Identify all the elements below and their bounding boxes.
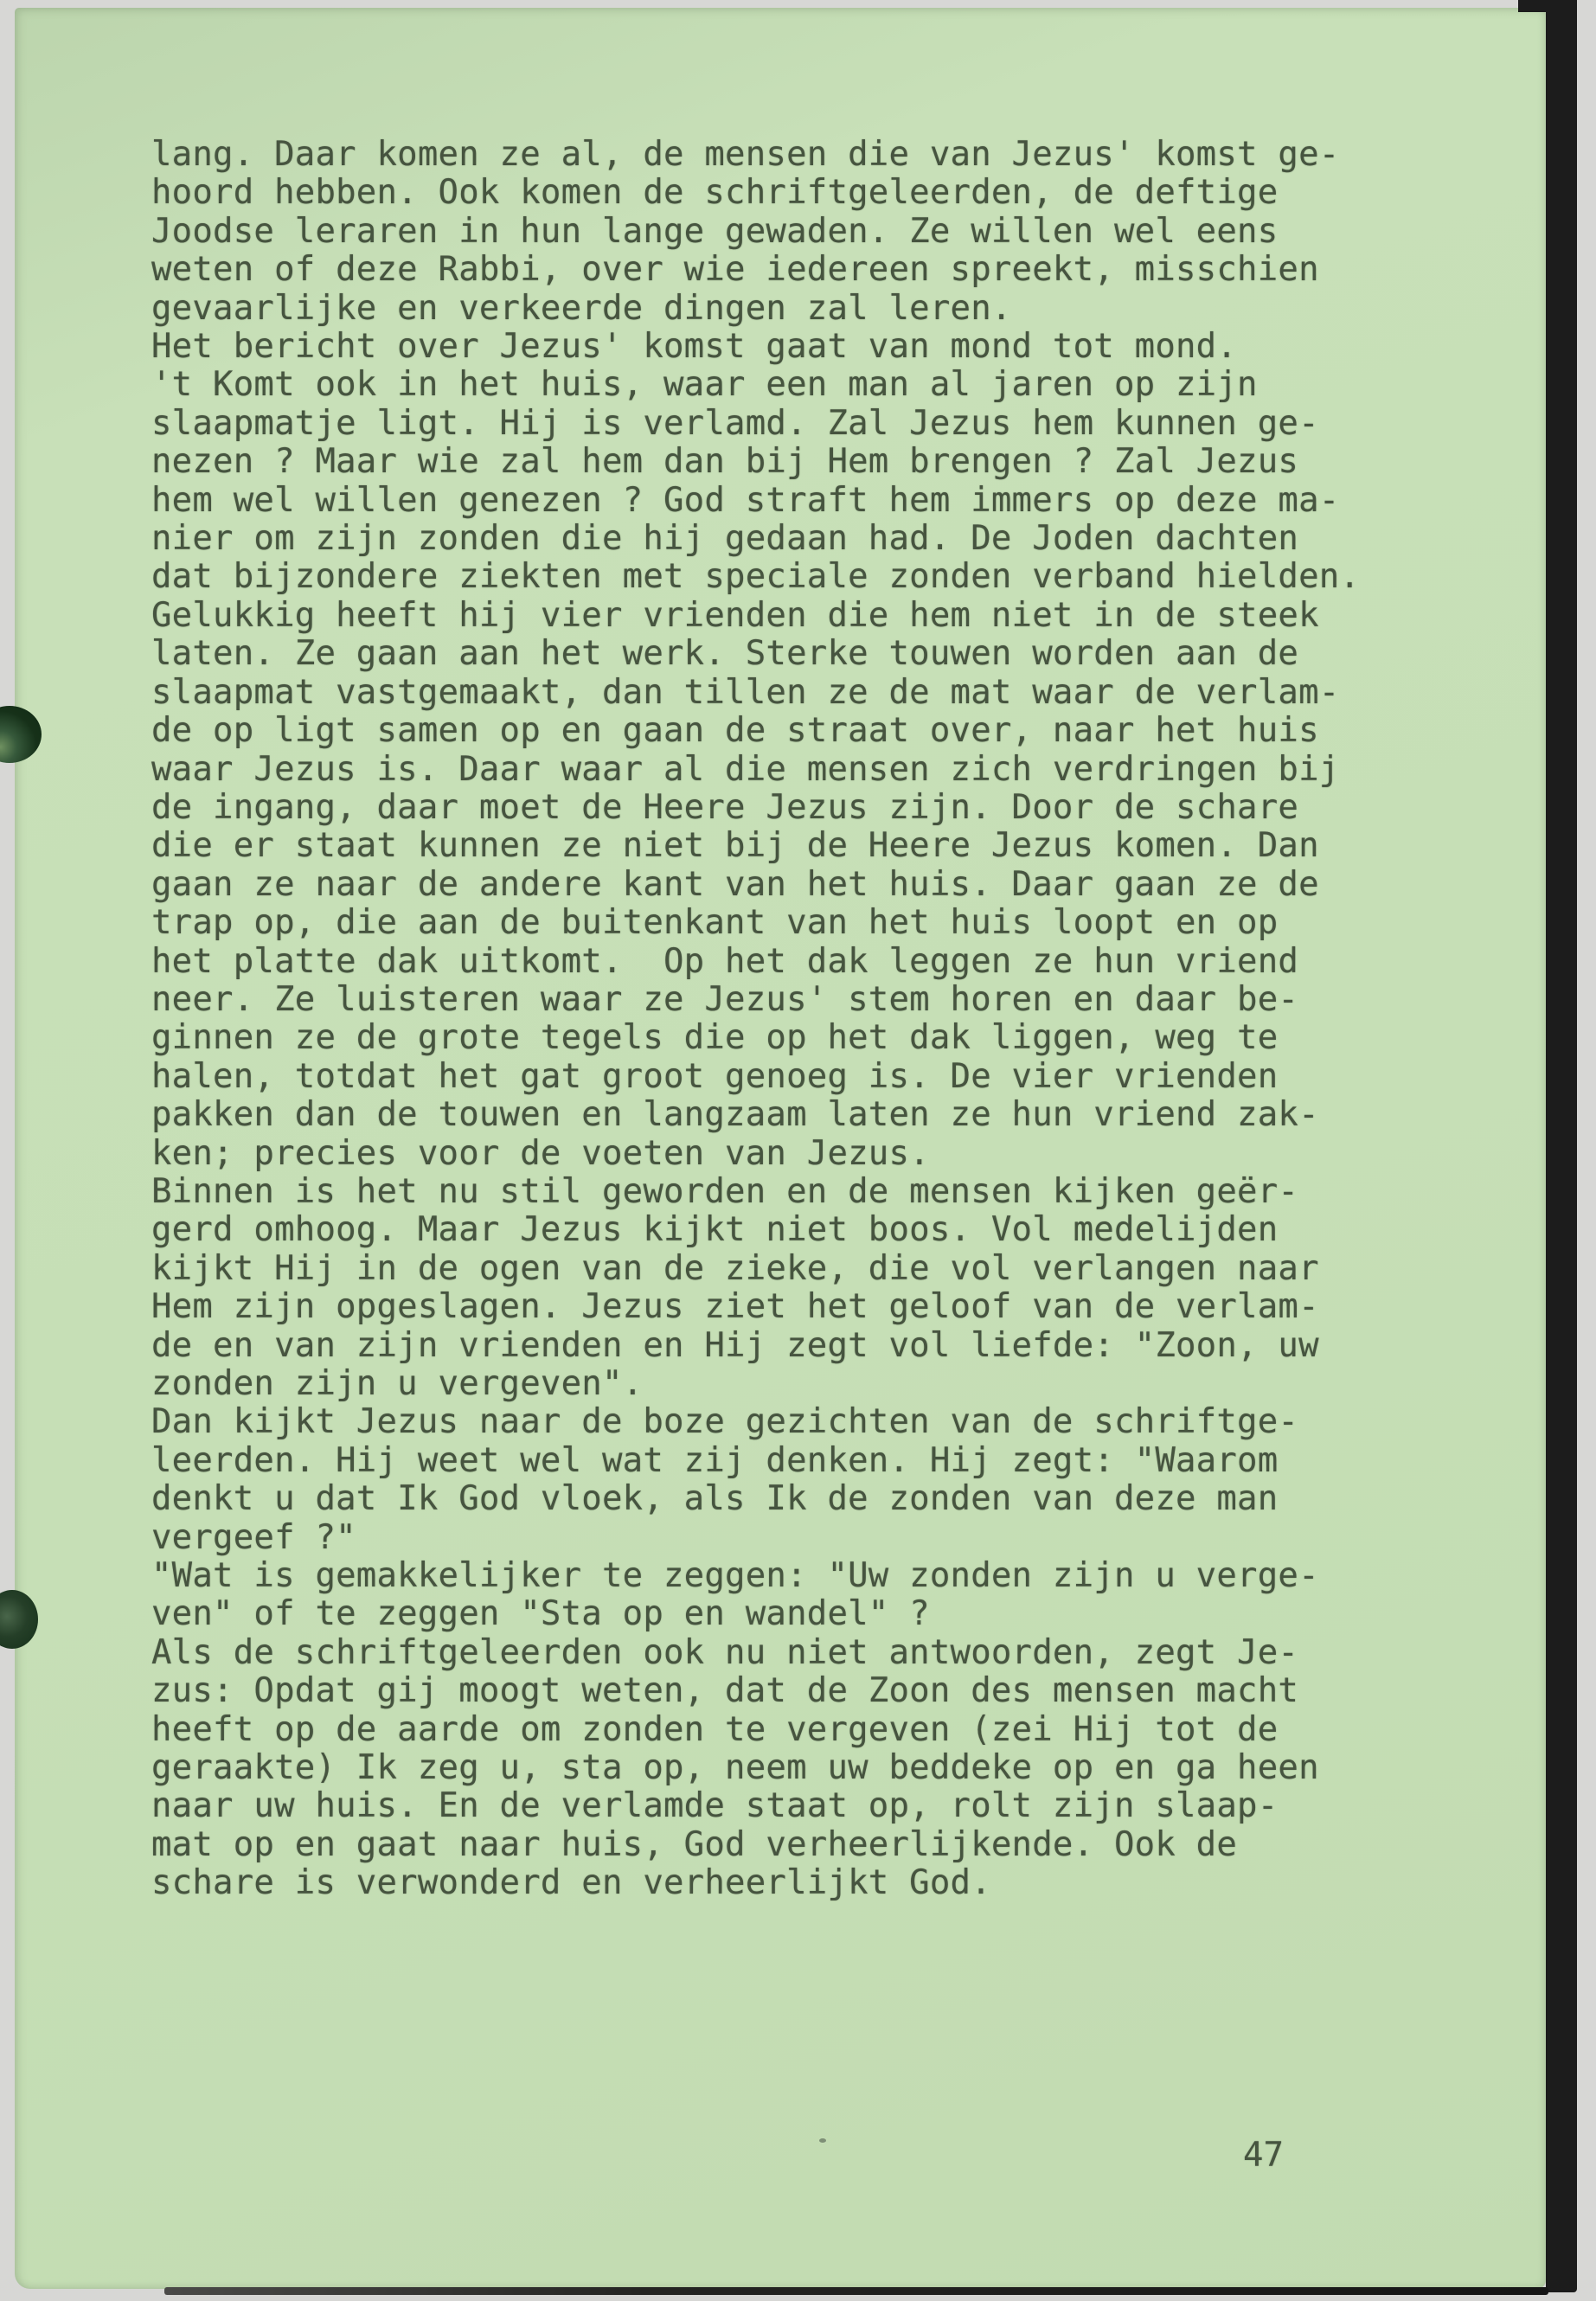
page-number: 47	[1243, 2137, 1284, 2175]
scan-shadow-right	[1546, 0, 1577, 2292]
ink-speck	[819, 2138, 826, 2143]
scan-shadow-top-notch	[1518, 0, 1549, 12]
paper-page: lang. Daar komen ze al, de mensen die va…	[15, 8, 1546, 2289]
scan-shadow-bottom	[164, 2287, 1548, 2295]
scanned-page: lang. Daar komen ze al, de mensen die va…	[0, 0, 1596, 2301]
page-body-text: lang. Daar komen ze al, de mensen die va…	[151, 136, 1360, 1903]
